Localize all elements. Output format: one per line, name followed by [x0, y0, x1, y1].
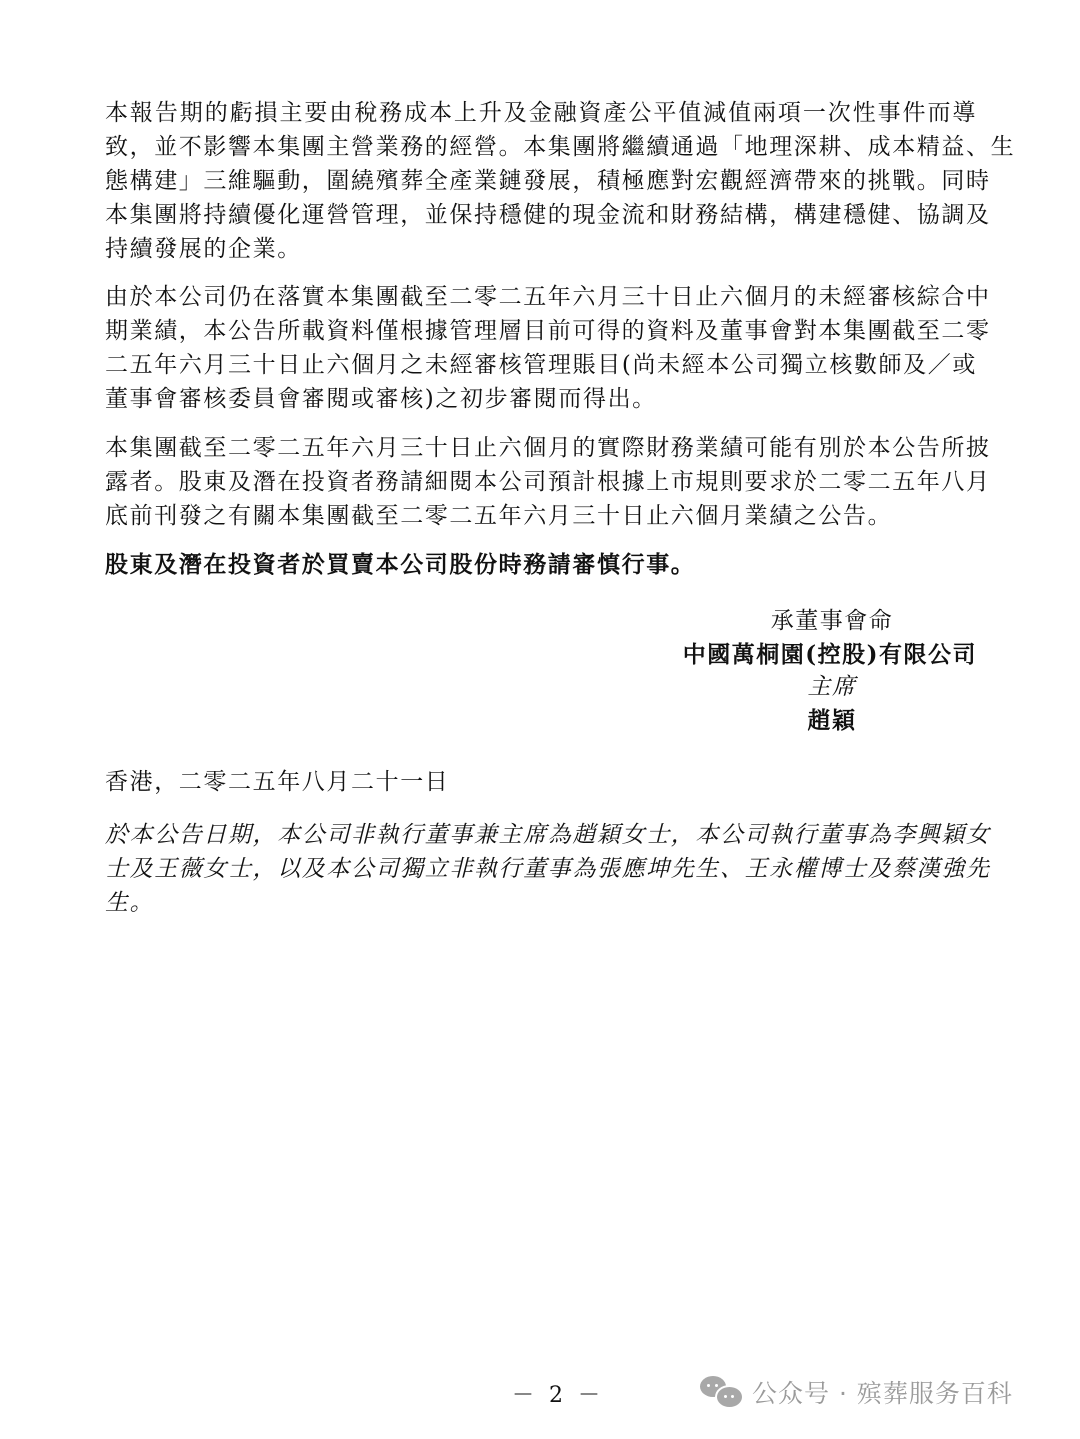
text-line: 露者。股東及潛在投資者務請細閱本公司預計根據上市規則要求於二零二五年八月 — [105, 465, 977, 499]
text-line: 生。 — [105, 886, 977, 920]
text-line: 士及王薇女士，以及本公司獨立非執行董事為張應坤先生、王永權博士及蔡漢強先 — [105, 852, 977, 886]
text-line: 由於本公司仍在落實本集團截至二零二五年六月三十日止六個月的未經審核綜合中 — [105, 280, 977, 314]
page-number: － 2 － — [512, 1378, 604, 1409]
place-date-text: 香港，二零二五年八月二十一日 — [105, 765, 977, 799]
paragraph-loss-explanation: 本報告期的虧損主要由稅務成本上升及金融資產公平值減值兩項一次性事件而導 致，並不… — [105, 96, 977, 266]
text-line: 於本公告日期，本公司非執行董事兼主席為趙穎女士，本公司執行董事為李興穎女 — [105, 818, 977, 852]
caution-text: 股東及潛在投資者於買賣本公司股份時務請審慎行事。 — [105, 548, 977, 582]
text-line: 態構建」三維驅動，圍繞殯葬全產業鏈發展，積極應對宏觀經濟帶來的挑戰。同時 — [105, 164, 977, 198]
text-line: 底前刊發之有關本集團截至二零二五年六月三十日止六個月業績之公告。 — [105, 499, 977, 533]
paragraph-basis-of-info: 由於本公司仍在落實本集團截至二零二五年六月三十日止六個月的未經審核綜合中 期業績… — [105, 280, 977, 416]
text-line: 本集團將持續優化運營管理，並保持穩健的現金流和財務結構，構建穩健、協調及 — [105, 198, 977, 232]
company-name: 中國萬桐園(控股)有限公司 — [677, 638, 977, 671]
text-line: 董事會審核委員會審閱或審核)之初步審閱而得出。 — [105, 382, 977, 416]
text-line: 本集團截至二零二五年六月三十日止六個月的實際財務業績可能有別於本公告所披 — [105, 431, 977, 465]
directors-note: 於本公告日期，本公司非執行董事兼主席為趙穎女士，本公司執行董事為李興穎女 士及王… — [105, 818, 977, 920]
text-line: 期業績，本公告所載資料僅根據管理層目前可得的資料及董事會對本集團截至二零 — [105, 314, 977, 348]
caution-statement: 股東及潛在投資者於買賣本公司股份時務請審慎行事。 — [105, 548, 977, 582]
by-order-of-board: 承董事會命 — [677, 605, 977, 638]
text-line: 致，並不影響本集團主營業務的經營。本集團將繼續通過「地理深耕、成本精益、生 — [105, 130, 977, 164]
text-line: 持續發展的企業。 — [105, 232, 977, 266]
text-line: 二五年六月三十日止六個月之未經審核管理賬目(尚未經本公司獨立核數師及／或 — [105, 348, 977, 382]
signature-block: 承董事會命 中國萬桐園(控股)有限公司 主席 趙穎 — [677, 605, 977, 737]
signatory-title: 主席 — [677, 671, 977, 704]
place-and-date: 香港，二零二五年八月二十一日 — [105, 765, 977, 799]
text-line: 本報告期的虧損主要由稅務成本上升及金融資產公平值減值兩項一次性事件而導 — [105, 96, 977, 130]
paragraph-actual-results: 本集團截至二零二五年六月三十日止六個月的實際財務業績可能有別於本公告所披 露者。… — [105, 431, 977, 533]
watermark: 公众号 · 殡葬服务百科 — [700, 1374, 1013, 1410]
signatory-name: 趙穎 — [677, 704, 977, 737]
watermark-text: 公众号 · 殡葬服务百科 — [752, 1374, 1013, 1410]
wechat-icon — [700, 1376, 744, 1408]
